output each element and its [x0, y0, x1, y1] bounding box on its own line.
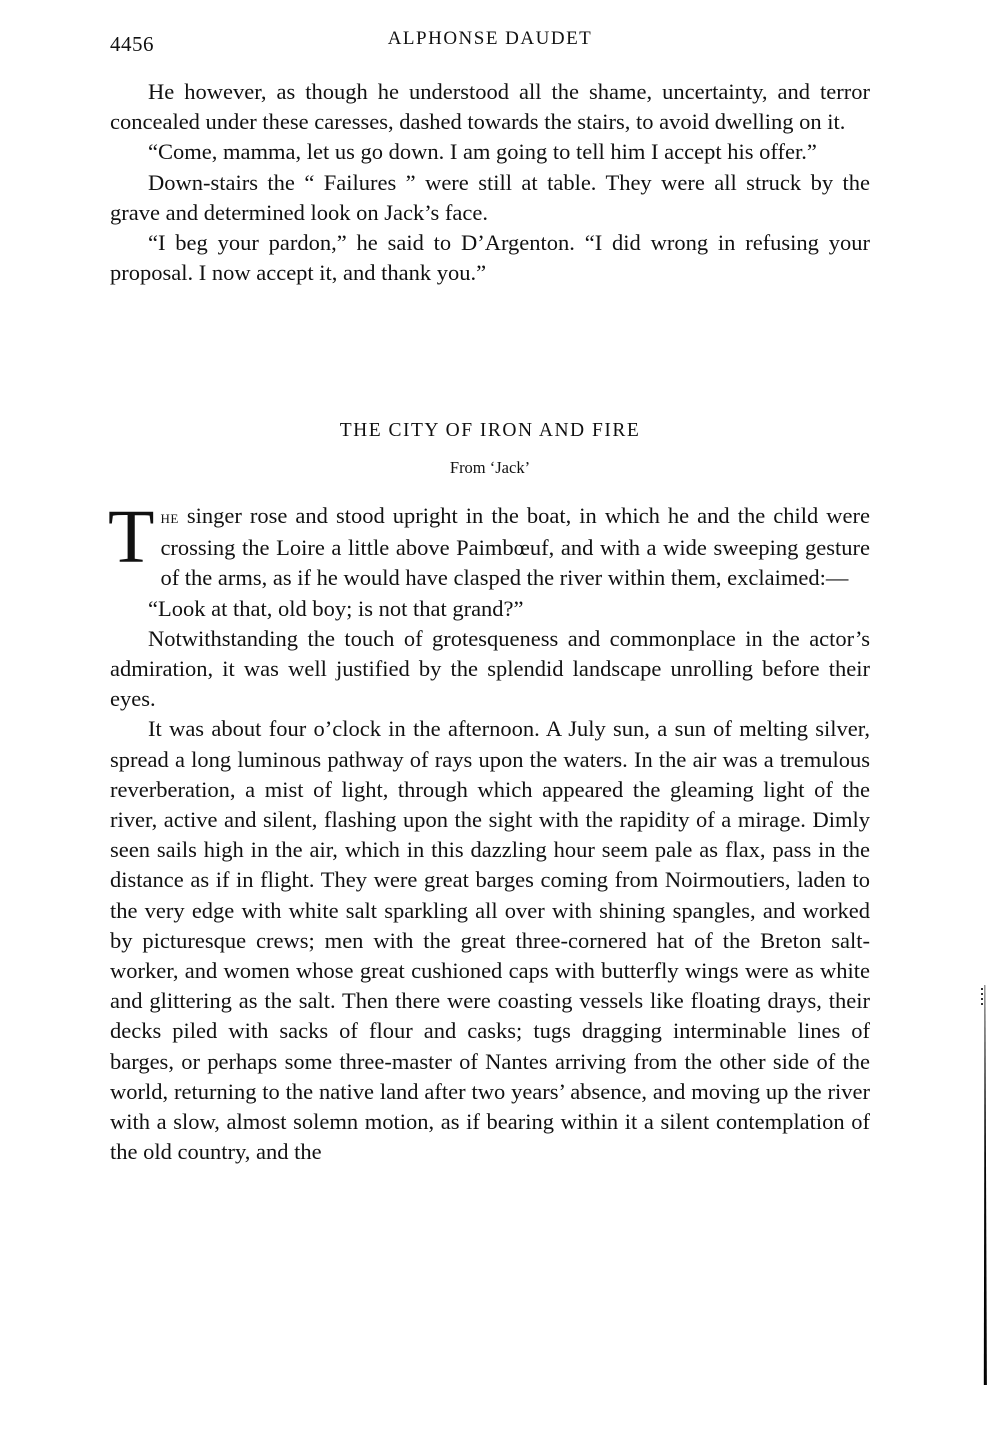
section-subtitle: From ‘Jack’: [110, 458, 870, 478]
scan-artifact-dots: [981, 988, 983, 1008]
running-title: ALPHONSE DAUDET: [110, 28, 870, 50]
running-head: 4456 ALPHONSE DAUDET: [110, 28, 870, 58]
section-body: The singer rose and stood upright in the…: [110, 501, 870, 1167]
paragraph: “Come, mamma, let us go down. I am going…: [110, 137, 870, 167]
scan-edge-line: [983, 985, 987, 1385]
paragraph: He however, as though he understood all …: [110, 77, 870, 137]
drop-cap: T: [108, 507, 154, 569]
small-caps-lead: he: [160, 507, 178, 528]
book-page: 4456 ALPHONSE DAUDET He however, as thou…: [0, 0, 1000, 1430]
opening-paragraph: The singer rose and stood upright in the…: [110, 501, 870, 594]
paragraph: “I beg your pardon,” he said to D’Argent…: [110, 228, 870, 288]
paragraph: It was about four o’clock in the afterno…: [110, 714, 870, 1167]
section-title: THE CITY OF IRON AND FIRE: [110, 420, 870, 442]
previous-chapter-text: He however, as though he understood all …: [110, 77, 870, 288]
opening-paragraph-text: singer rose and stood upright in the boa…: [160, 503, 870, 590]
paragraph: “Look at that, old boy; is not that gran…: [110, 594, 870, 624]
paragraph: Notwithstanding the touch of grotesquene…: [110, 624, 870, 715]
paragraph: Down-stairs the “ Failures ” were still …: [110, 168, 870, 228]
